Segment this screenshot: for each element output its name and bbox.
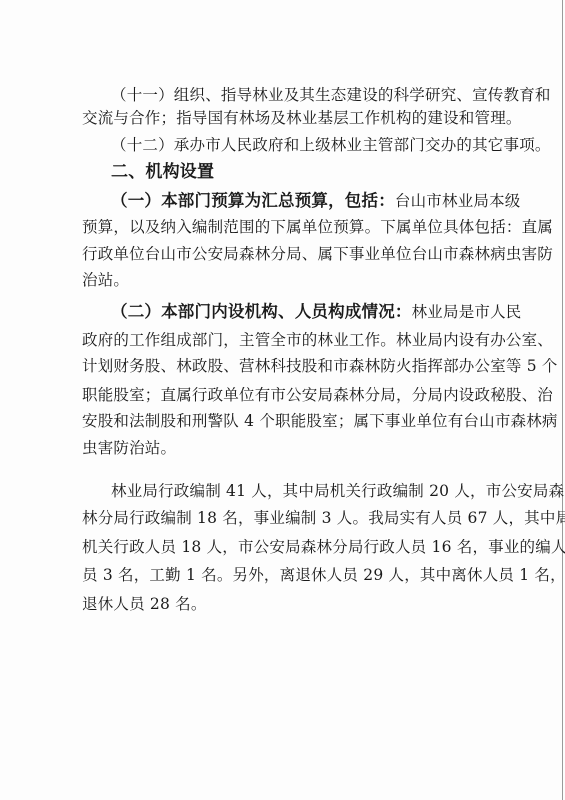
subsection-2-line-2: 政府的工作组成部门，主管全市的林业工作。林业局内设有办公室、 xyxy=(82,330,502,350)
staffing-line-1: 林业局行政编制 41 人，其中局机关行政编制 20 人，市公安局森 xyxy=(111,481,531,501)
item-12-line-1: （十二）承办市人民政府和上级林业主管部门交办的其它事项。 xyxy=(111,135,531,155)
subsection-1-first-rest: 台山市林业局本级 xyxy=(395,192,521,210)
subsection-1-line-4: 治站。 xyxy=(82,270,502,290)
staffing-line-5: 退休人员 28 名。 xyxy=(82,594,502,614)
document-page: （十一）组织、指导林业及其生态建设的科学研究、宣传教育和 交流与合作；指导国有林… xyxy=(0,0,565,800)
subsection-1-lead: （一）本部门预算为汇总预算，包括： xyxy=(111,191,395,210)
subsection-2-line-5: 安股和法制股和刑警队 4 个职能股室；属下事业单位有台山市森林病 xyxy=(82,411,502,431)
subsection-1-line-3: 行政单位台山市公安局森林分局、属下事业单位台山市森林病虫害防 xyxy=(82,244,502,264)
item-11-line-1: （十一）组织、指导林业及其生态建设的科学研究、宣传教育和 xyxy=(111,85,531,105)
subsection-2-lead: （二）本部门内设机构、人员构成情况： xyxy=(111,302,412,321)
scan-edge-line xyxy=(562,0,563,800)
item-11-line-2: 交流与合作；指导国有林场及林业基层工作机构的建设和管理。 xyxy=(82,108,502,128)
subsection-2-first-rest: 林业局是市人民 xyxy=(412,303,522,321)
staffing-line-3: 机关行政人员 18 人，市公安局森林分局行政人员 16 名，事业的编人 xyxy=(82,537,502,557)
section-heading: 二、机构设置 xyxy=(111,162,531,182)
subsection-1-line-2: 预算，以及纳入编制范围的下属单位预算。下属单位具体包括：直属 xyxy=(82,217,502,237)
staffing-line-2: 林分局行政编制 18 名，事业编制 3 人。我局实有人员 67 人，其中局 xyxy=(82,508,502,528)
subsection-2-line-4: 职能股室；直属行政单位有市公安局森林分局，分局内设政秘股、治 xyxy=(82,385,502,405)
subsection-2-line-6: 虫害防治站。 xyxy=(82,438,502,458)
staffing-line-4: 员 3 名，工勤 1 名。另外，离退休人员 29 人，其中离休人员 1 名， xyxy=(82,565,502,585)
subsection-2-line-1: （二）本部门内设机构、人员构成情况：林业局是市人民 xyxy=(111,302,531,322)
subsection-1-line-1: （一）本部门预算为汇总预算，包括：台山市林业局本级 xyxy=(111,191,531,211)
subsection-2-line-3: 计划财务股、林政股、营林科技股和市森林防火指挥部办公室等 5 个 xyxy=(82,356,502,376)
